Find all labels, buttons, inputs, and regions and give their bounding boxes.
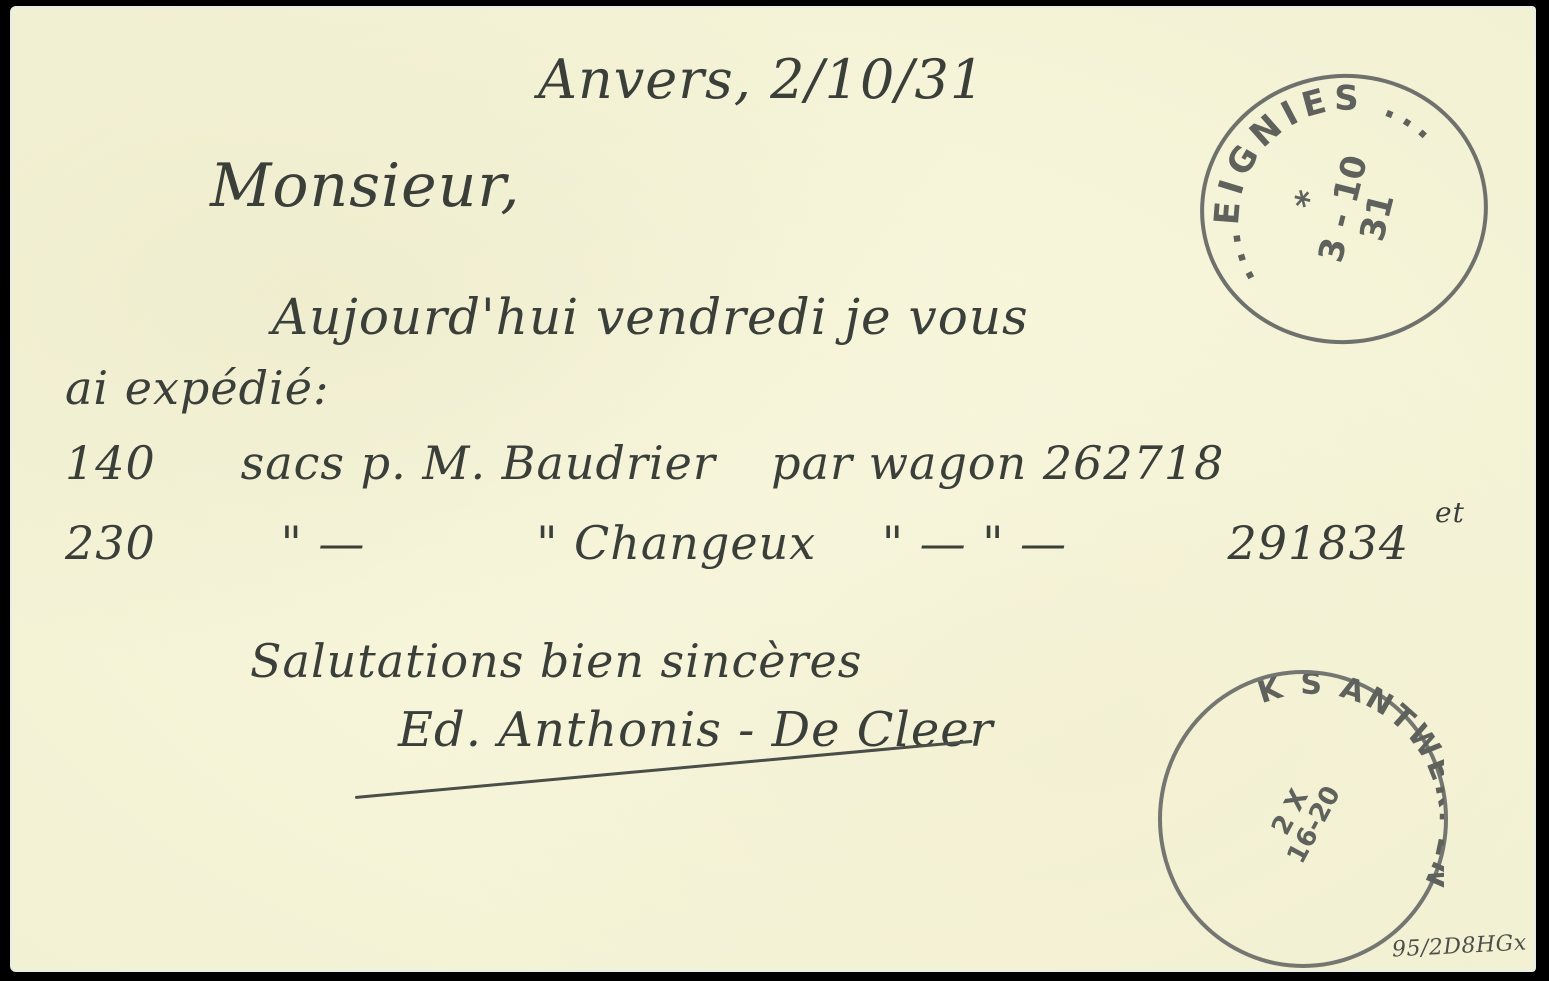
salutation: Monsieur, (210, 151, 521, 221)
quantity: 140 (65, 436, 225, 490)
body-line-2: ai expédié: (65, 361, 329, 415)
wagon-label: par wagon (771, 436, 1027, 490)
signature: Ed. Anthonis - De Cleer (398, 702, 994, 758)
body-line-1: Aujourd'hui vendredi je vous (272, 288, 1029, 346)
svg-text:K S ANTW: K S ANTWERPEN (1254, 674, 1444, 896)
quantity: 230 (65, 516, 265, 570)
wagon-number: 262718 (1043, 436, 1225, 490)
item-description: sacs p. M. Baudrier (241, 436, 716, 490)
place-date: Anvers, 2/10/31 (538, 48, 985, 111)
item-description: " Changeux (536, 516, 866, 570)
wagon-number: 291834 (1228, 516, 1410, 570)
arrival-postmark: ...EIGNIES ... * 3 - 10 31 (1187, 60, 1502, 359)
postcard: Anvers, 2/10/31 Monsieur, Aujourd'hui ve… (10, 6, 1536, 972)
departure-postmark: K S ANTWERPEN 2 X 16-20 (1158, 670, 1448, 968)
ditto-mark: " — " — (882, 516, 1212, 570)
shipment-line-2: 230 " — " Changeux " — " — 291834 (65, 516, 1409, 570)
ditto-mark: " — (281, 516, 521, 570)
closing: Salutations bien sincères (250, 634, 862, 688)
et-connector: et (1435, 496, 1465, 529)
shipment-line-1: 140 sacs p. M. Baudrier par wagon 262718 (65, 436, 1224, 490)
